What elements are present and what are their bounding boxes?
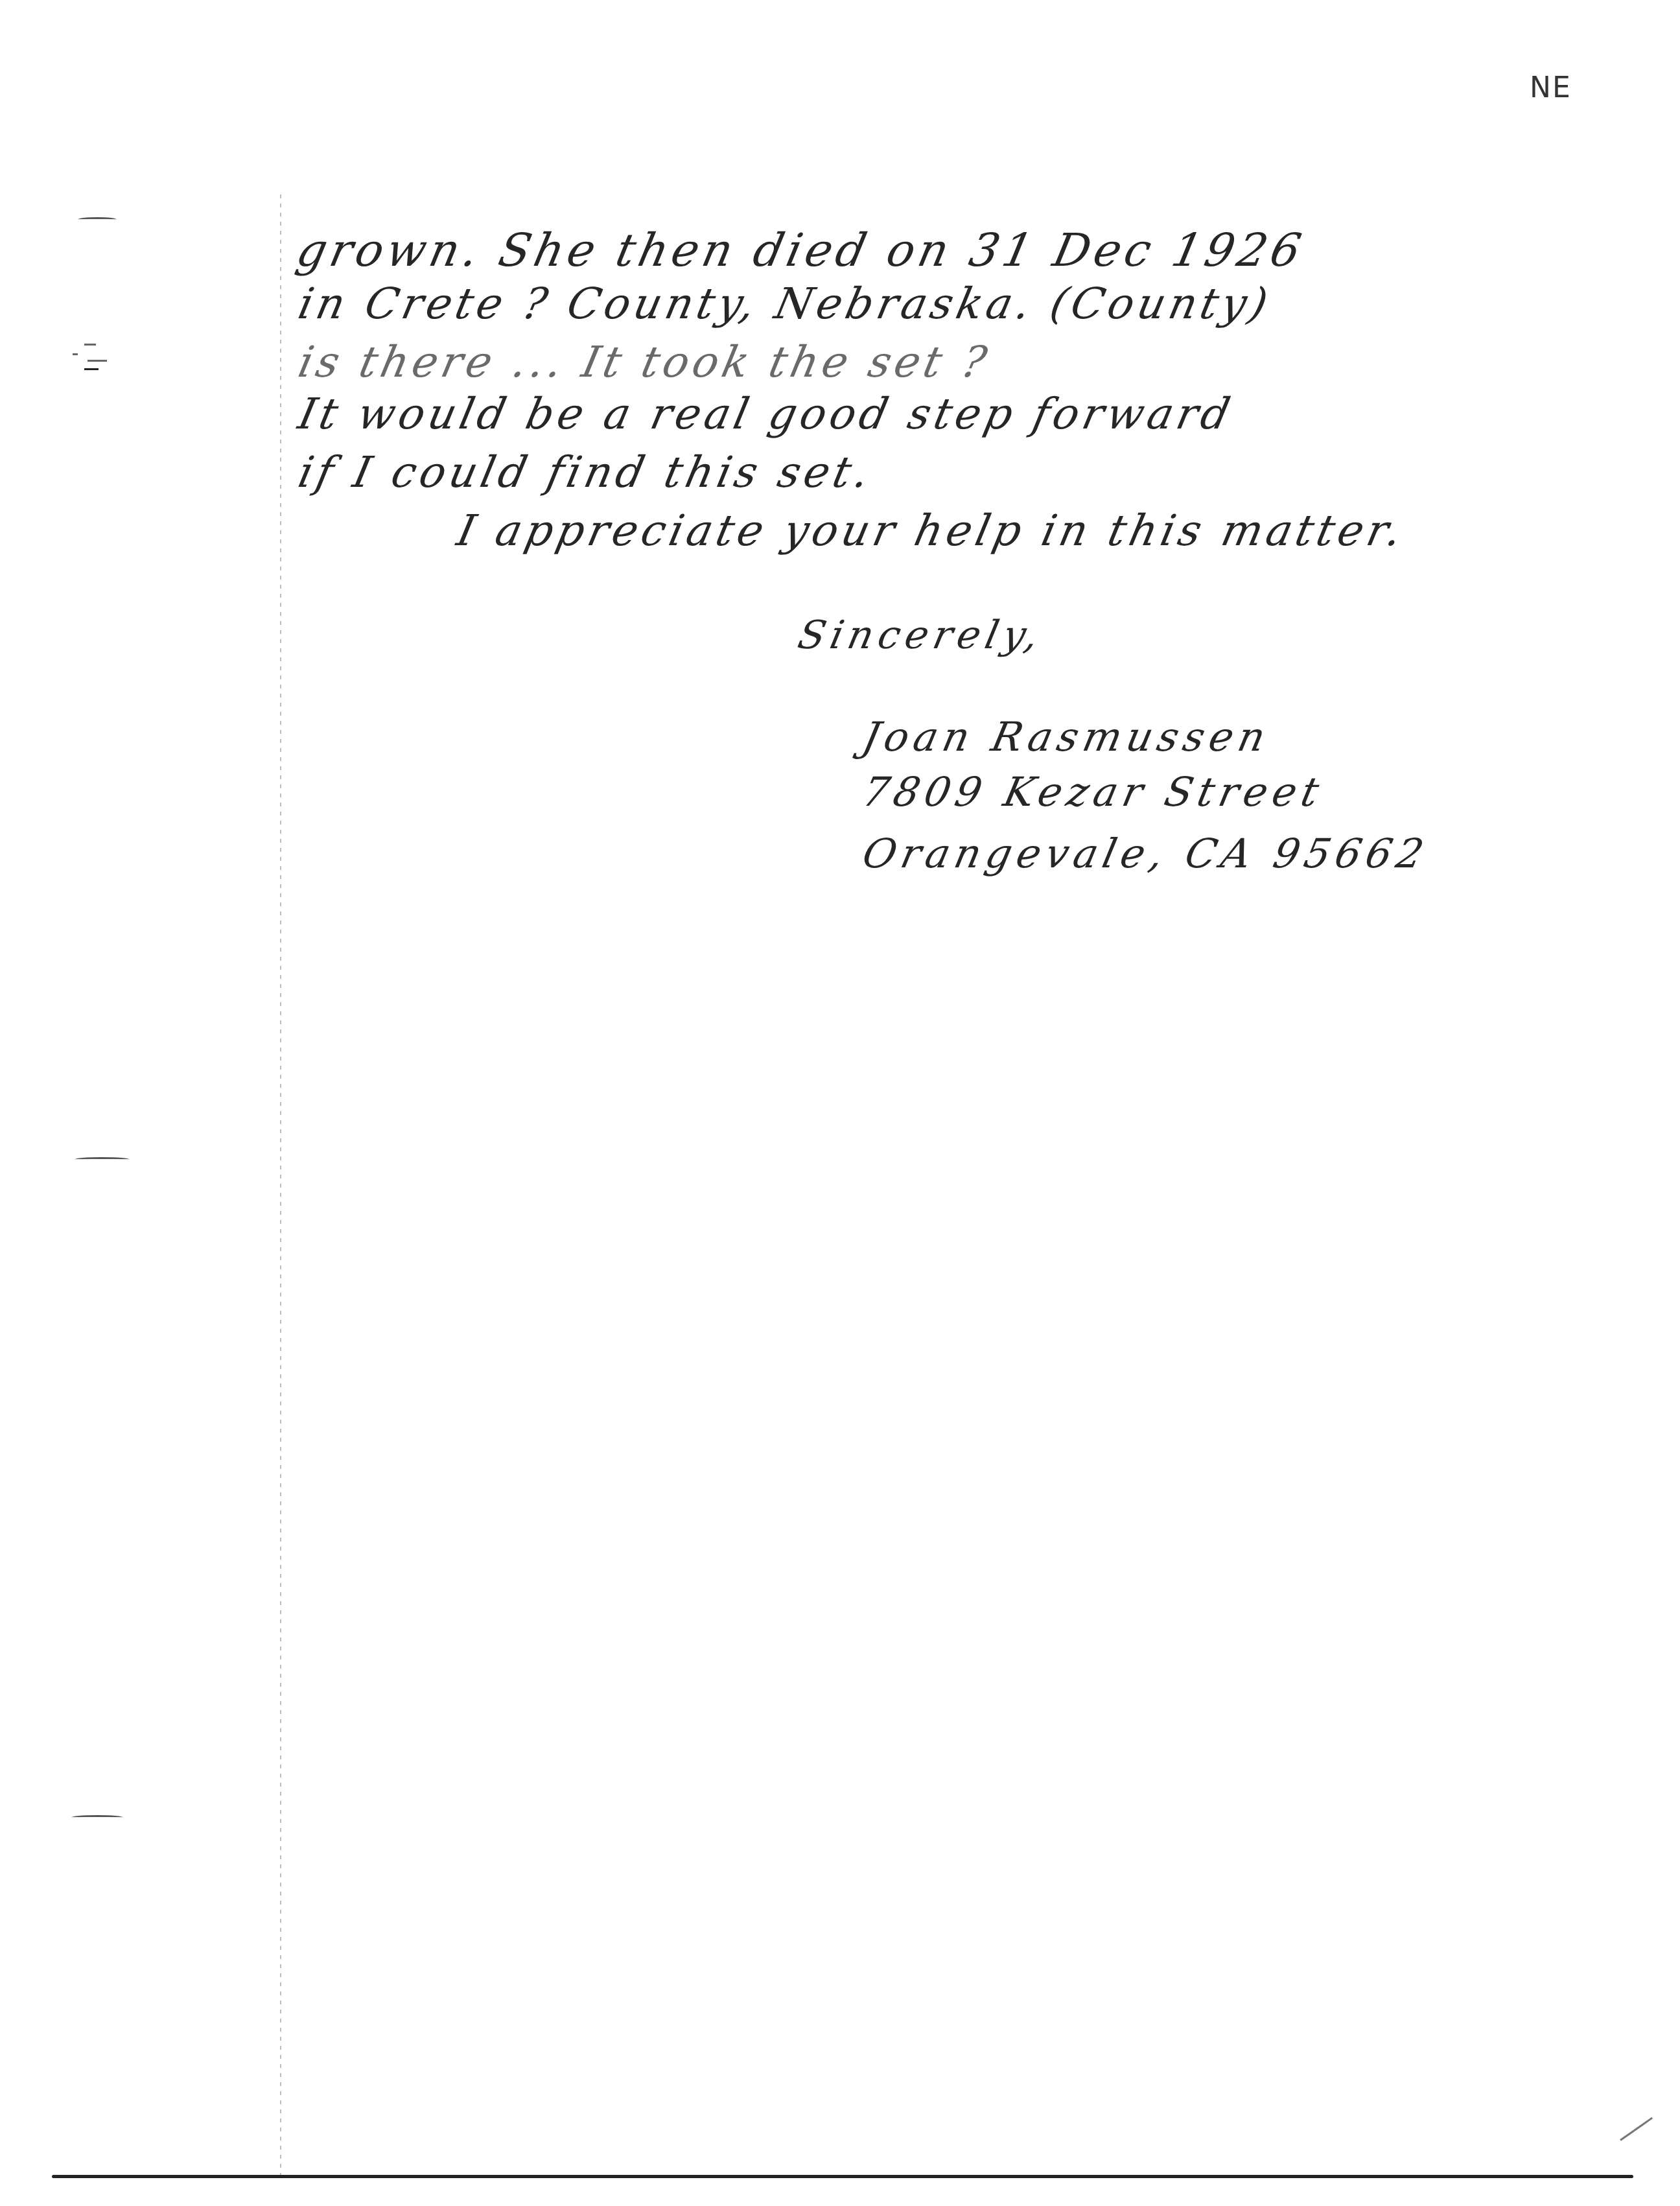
scan-mark xyxy=(87,360,107,362)
punch-hole-mark-top xyxy=(78,217,117,222)
page-corner-curl xyxy=(1620,2117,1653,2141)
letter-line-1: grown. She then died on 31 Dec 1926 xyxy=(292,224,1310,277)
punch-hole-mark-bottom xyxy=(71,1815,123,1820)
signature-city-state-zip: Orangevale, CA 95662 xyxy=(858,830,1432,877)
letter-line-3: is there ... It took the set ? xyxy=(294,337,995,387)
letter-line-5: if I could find this set. xyxy=(294,447,878,497)
letter-line-2: in Crete ? County, Nebraska. (County) xyxy=(294,279,1276,329)
letter-line-6: I appreciate your help in this matter. xyxy=(453,506,1410,556)
scan-mark xyxy=(84,368,99,370)
binder-margin-line xyxy=(280,194,281,2178)
letter-line-4: It would be a real good step forward xyxy=(294,389,1239,439)
signature-street: 7809 Kezar Street xyxy=(858,768,1328,816)
letter-closing: Sincerely, xyxy=(794,613,1047,658)
punch-hole-mark-middle xyxy=(75,1157,130,1162)
page-bottom-edge xyxy=(52,2175,1633,2178)
scan-mark xyxy=(73,353,78,355)
letter-page: NE grown. She then died on 31 Dec 1926 i… xyxy=(0,0,1680,2206)
scan-mark xyxy=(84,344,96,346)
corner-annotation: NE xyxy=(1530,71,1572,104)
signature-name: Joan Rasmussen xyxy=(858,713,1274,760)
